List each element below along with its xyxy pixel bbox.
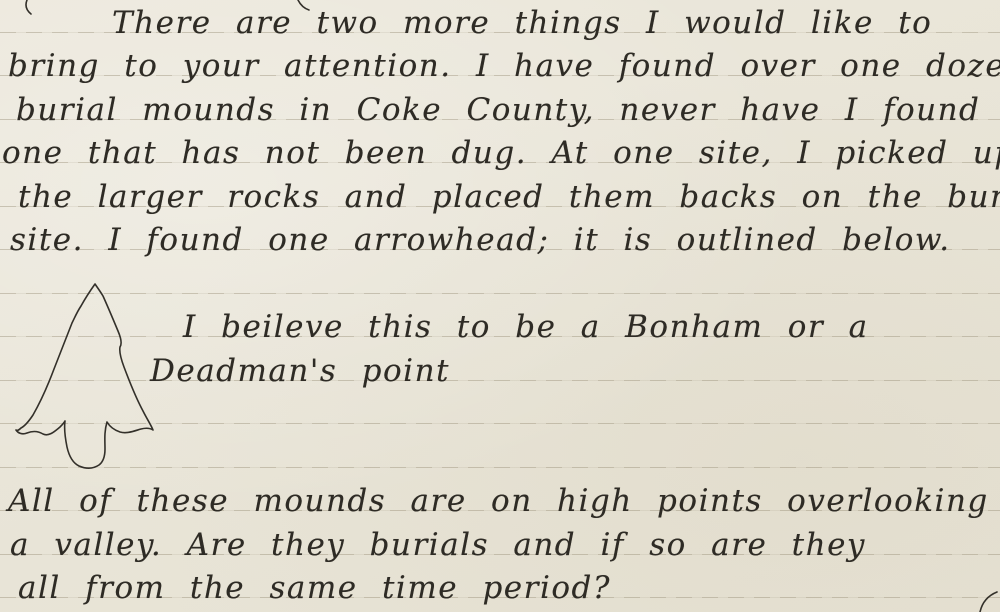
- ruled-line: [0, 467, 1000, 468]
- letter-page: There are two more things I would like t…: [0, 0, 1000, 612]
- handwriting-line: a valley. Are they burials and if so are…: [10, 530, 866, 561]
- figure-caption-line: Deadman's point: [150, 356, 450, 387]
- handwriting-line: bring to your attention. I have found ov…: [8, 51, 1000, 82]
- handwriting-line: one that has not been dug. At one site, …: [2, 138, 1000, 169]
- stray-stroke-bottom-right: [980, 592, 997, 612]
- handwriting-line: burial mounds in Coke County, never have…: [16, 95, 980, 126]
- figure-caption-line: I beileve this to be a Bonham or a: [183, 312, 869, 343]
- arrowhead-outline-icon: [16, 284, 153, 468]
- handwriting-line: all from the same time period?: [18, 573, 611, 604]
- stray-stroke-top-left: [26, 0, 31, 14]
- handwriting-line: All of these mounds are on high points o…: [8, 486, 989, 517]
- handwriting-line: There are two more things I would like t…: [112, 8, 932, 39]
- ruled-line: [0, 423, 1000, 424]
- handwriting-line: the larger rocks and placed them backs o…: [18, 182, 1000, 213]
- ruled-line: [0, 293, 1000, 294]
- handwriting-line: site. I found one arrowhead; it is outli…: [10, 225, 951, 256]
